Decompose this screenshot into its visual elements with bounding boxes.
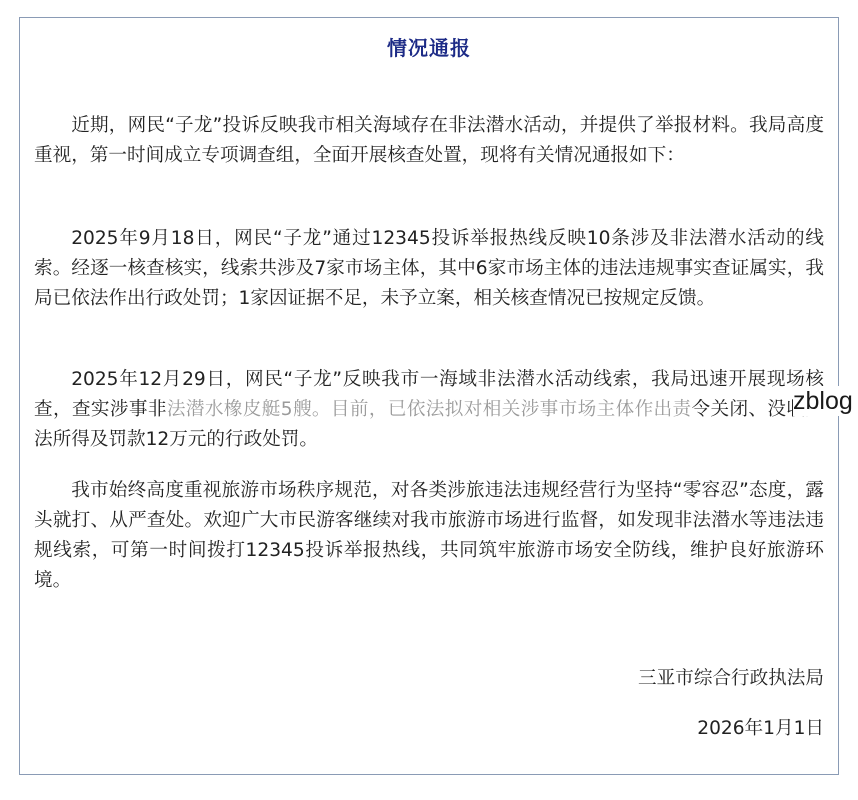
signature-date: 2026年1月1日 (697, 714, 824, 744)
paragraph-dec-report: 2025年12月29日，网民“子龙”反映我市一海域非法潜水活动线索，我局迅速开展… (34, 365, 824, 455)
watermark-label: zblog (793, 386, 857, 416)
paragraph-sept-report: 2025年9月18日，网民“子龙”通过12345投诉举报热线反映10条涉及非法潜… (34, 224, 824, 314)
paragraph-dec-report-faded: 法潜水橡皮艇5艘。目前，已依法拟对相关涉事市场主体作出责 (167, 399, 692, 420)
notice-document: 情况通报 近期，网民“子龙”投诉反映我市相关海域存在非法潜水活动，并提供了举报材… (19, 17, 839, 775)
paragraph-intro: 近期，网民“子龙”投诉反映我市相关海域存在非法潜水活动，并提供了举报材料。我局高… (34, 111, 824, 171)
signature-organization: 三亚市综合行政执法局 (638, 664, 824, 694)
document-title: 情况通报 (20, 34, 838, 62)
paragraph-closing: 我市始终高度重视旅游市场秩序规范，对各类涉旅违法违规经营行为坚持“零容忍”态度，… (34, 476, 824, 596)
